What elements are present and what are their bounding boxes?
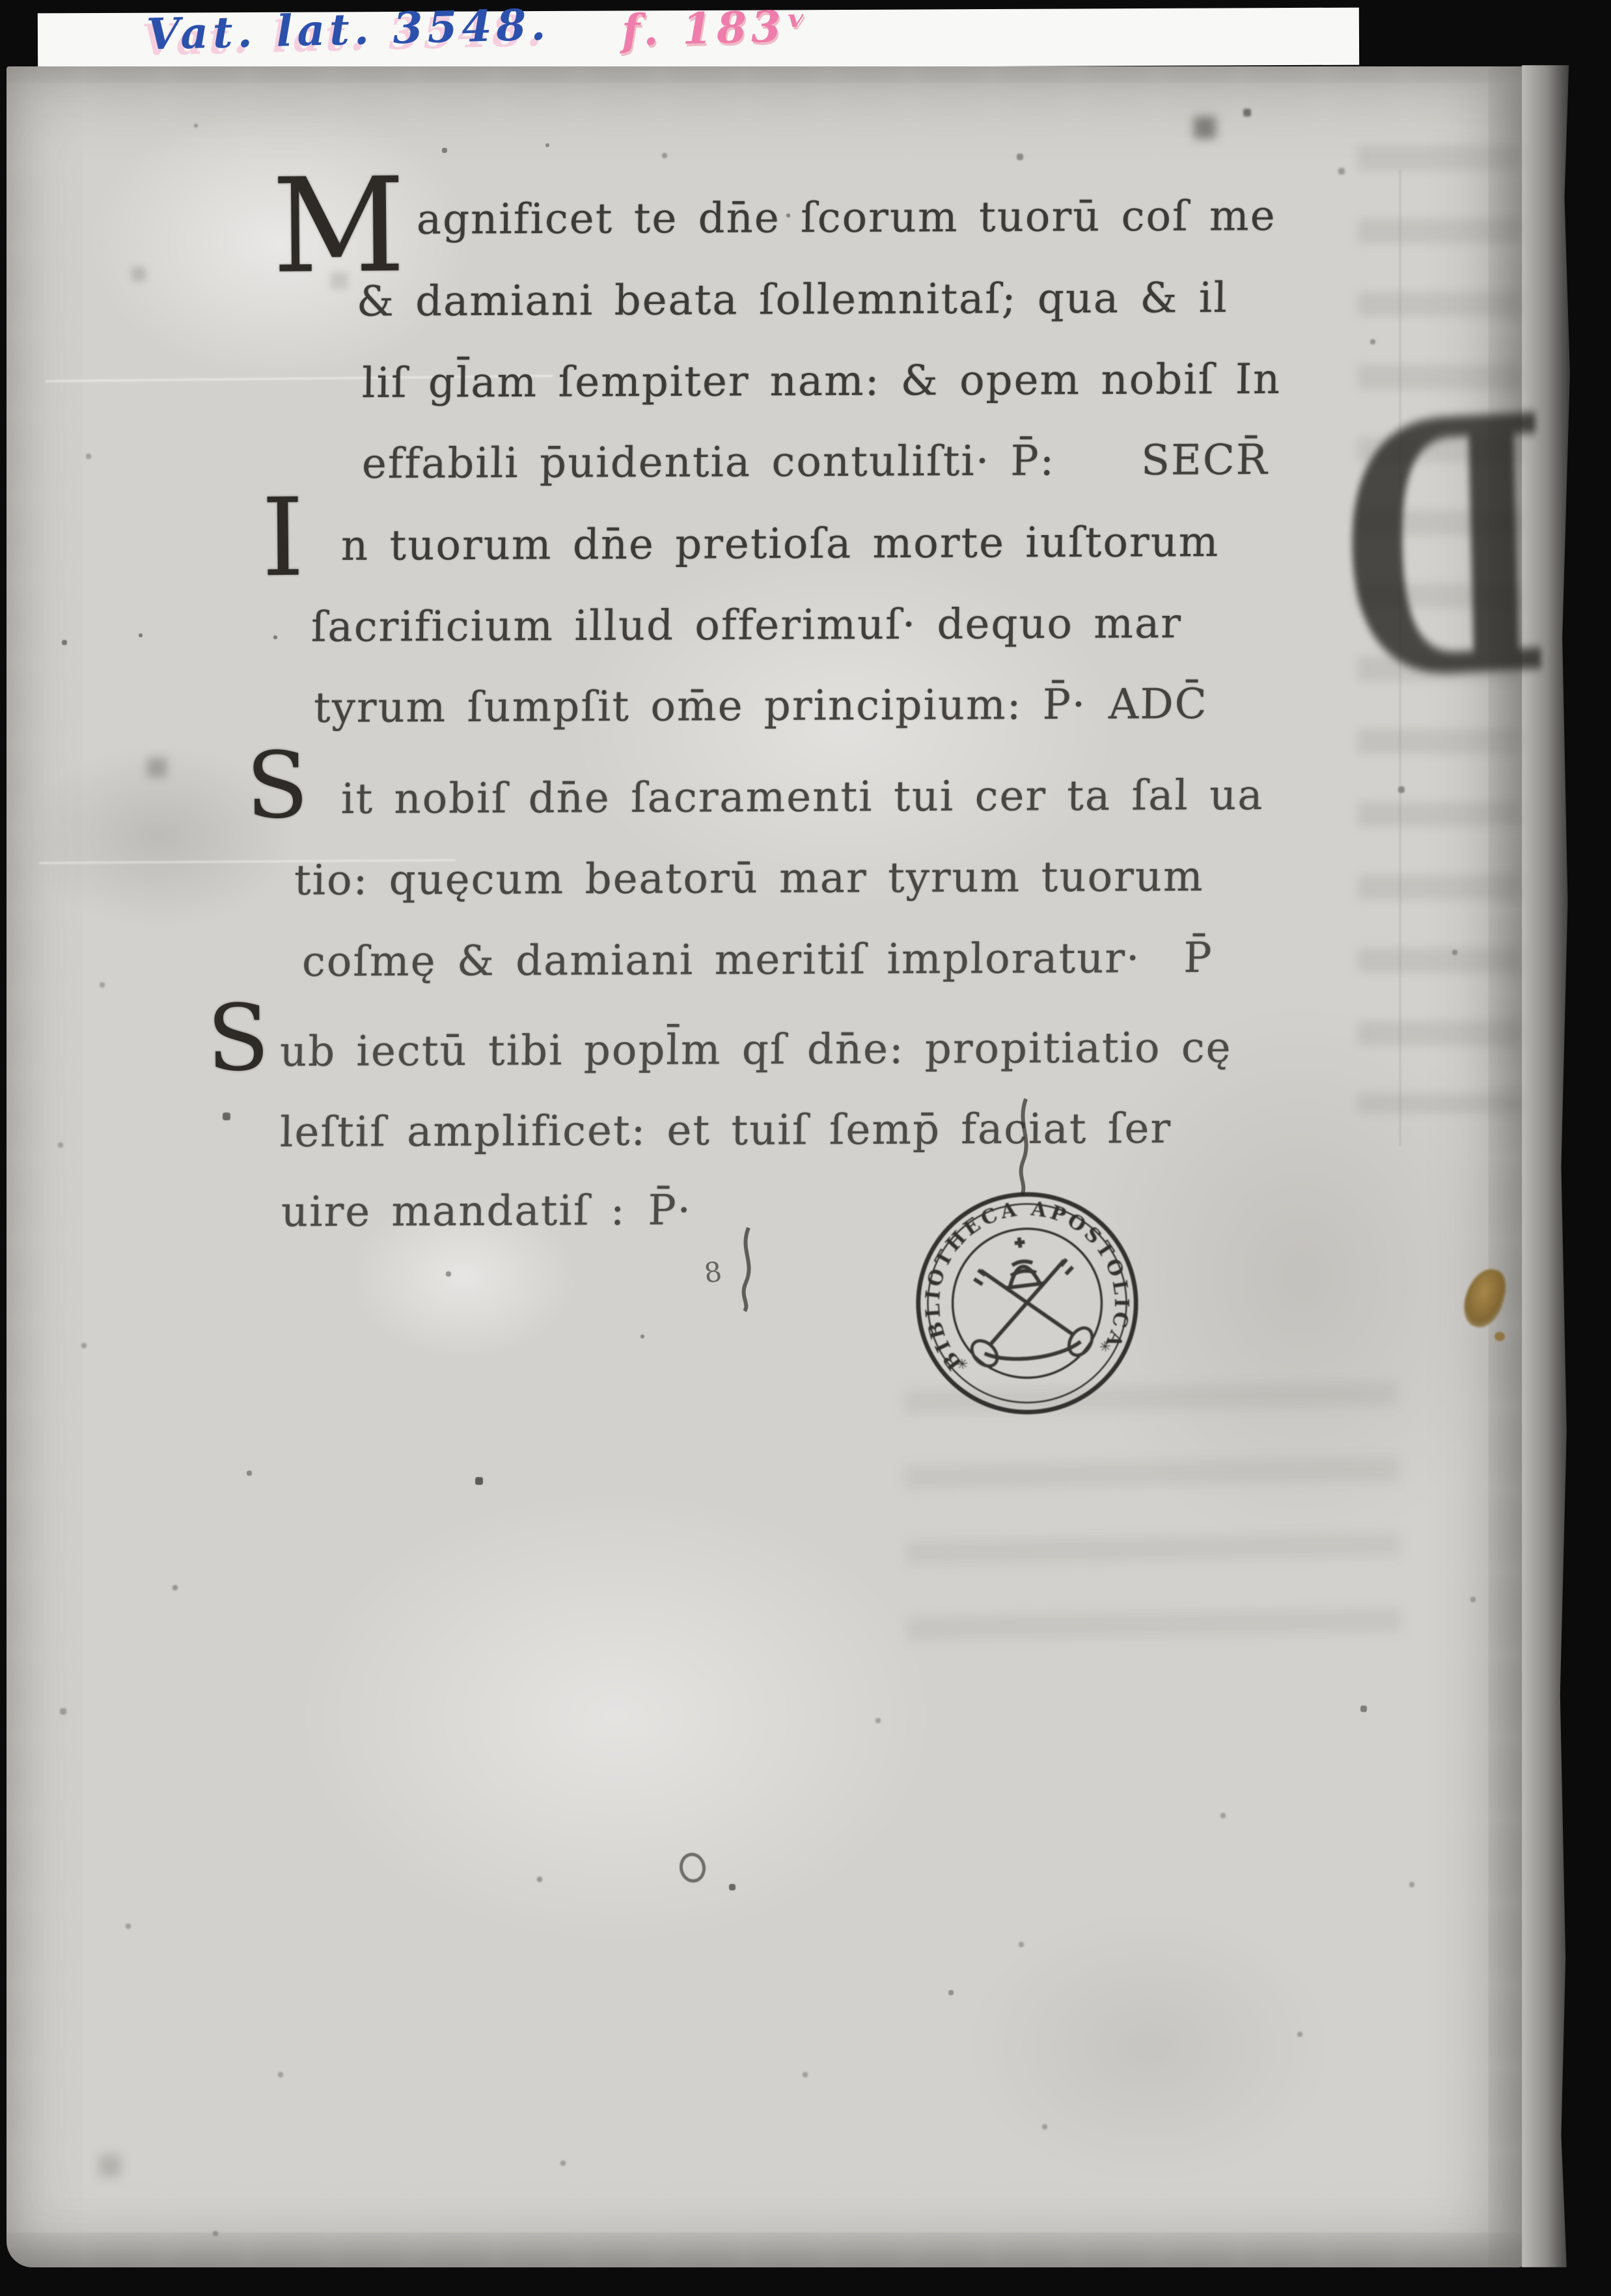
vatican-library-stamp: BIBLIOTHECA APOSTOLICA VATICANA ✳ ✳	[900, 1176, 1155, 1431]
manuscript-line: n tuorum dn̄e pretioſa morte iuſtorum	[341, 518, 1220, 570]
manuscript-line: & damiani beata ſollemnitaſ; qua & il	[357, 274, 1229, 326]
pen-flourish	[734, 1228, 760, 1312]
illuminated-initial: S	[246, 750, 309, 823]
manuscript-line: effabili p̄uidentia contuliſti· P̄: SECR…	[362, 436, 1269, 488]
manuscript-line: uire mandatiſ : P̄·	[281, 1187, 693, 1237]
manuscript-photo: Vat. lat. 3548. f. 183ᵛ D agnificet te d…	[0, 0, 1611, 2296]
manuscript-line: ub iectū tibi popl̄m qſ dn̄e: propitiati…	[280, 1024, 1233, 1076]
manuscript-line: liſ gl̄am ſempiter nam: & opem nobiſ In	[362, 355, 1282, 408]
manuscript-line: coſmę & damiani meritiſ imploratur· P̄	[302, 934, 1213, 986]
manuscript-line: tyrum ſumpſit om̄e principium: P̄· ADC̄	[314, 680, 1209, 732]
manuscript-text-block: agnificet te dn̄e ſcorum tuorū coſ meM& …	[0, 0, 1611, 2296]
crossed-keys-icon	[957, 1257, 1099, 1374]
illuminated-initial: S	[207, 1003, 270, 1076]
illuminated-initial: I	[261, 495, 304, 581]
manuscript-line: agnificet te dn̄e ſcorum tuorū coſ me	[417, 192, 1277, 244]
illuminated-initial: M	[271, 174, 406, 279]
manuscript-line: tio: quęcum beatorū mar tyrum tuorum	[294, 853, 1205, 905]
stamp-ornament: ✳	[1098, 1338, 1112, 1356]
pen-flourish	[1010, 1099, 1036, 1196]
stamp-ornament: ✳	[956, 1356, 969, 1374]
manuscript-line: ſacrificium illud offerimuſ· dequo mar	[311, 600, 1183, 652]
manuscript-line: leſtiſ amplificet: et tuiſ ſemp̄ faciat …	[280, 1105, 1172, 1157]
manuscript-line: it nobiſ dn̄e ſacramenti tui cer ta ſal …	[341, 771, 1265, 823]
papal-tiara-icon	[1000, 1235, 1043, 1288]
